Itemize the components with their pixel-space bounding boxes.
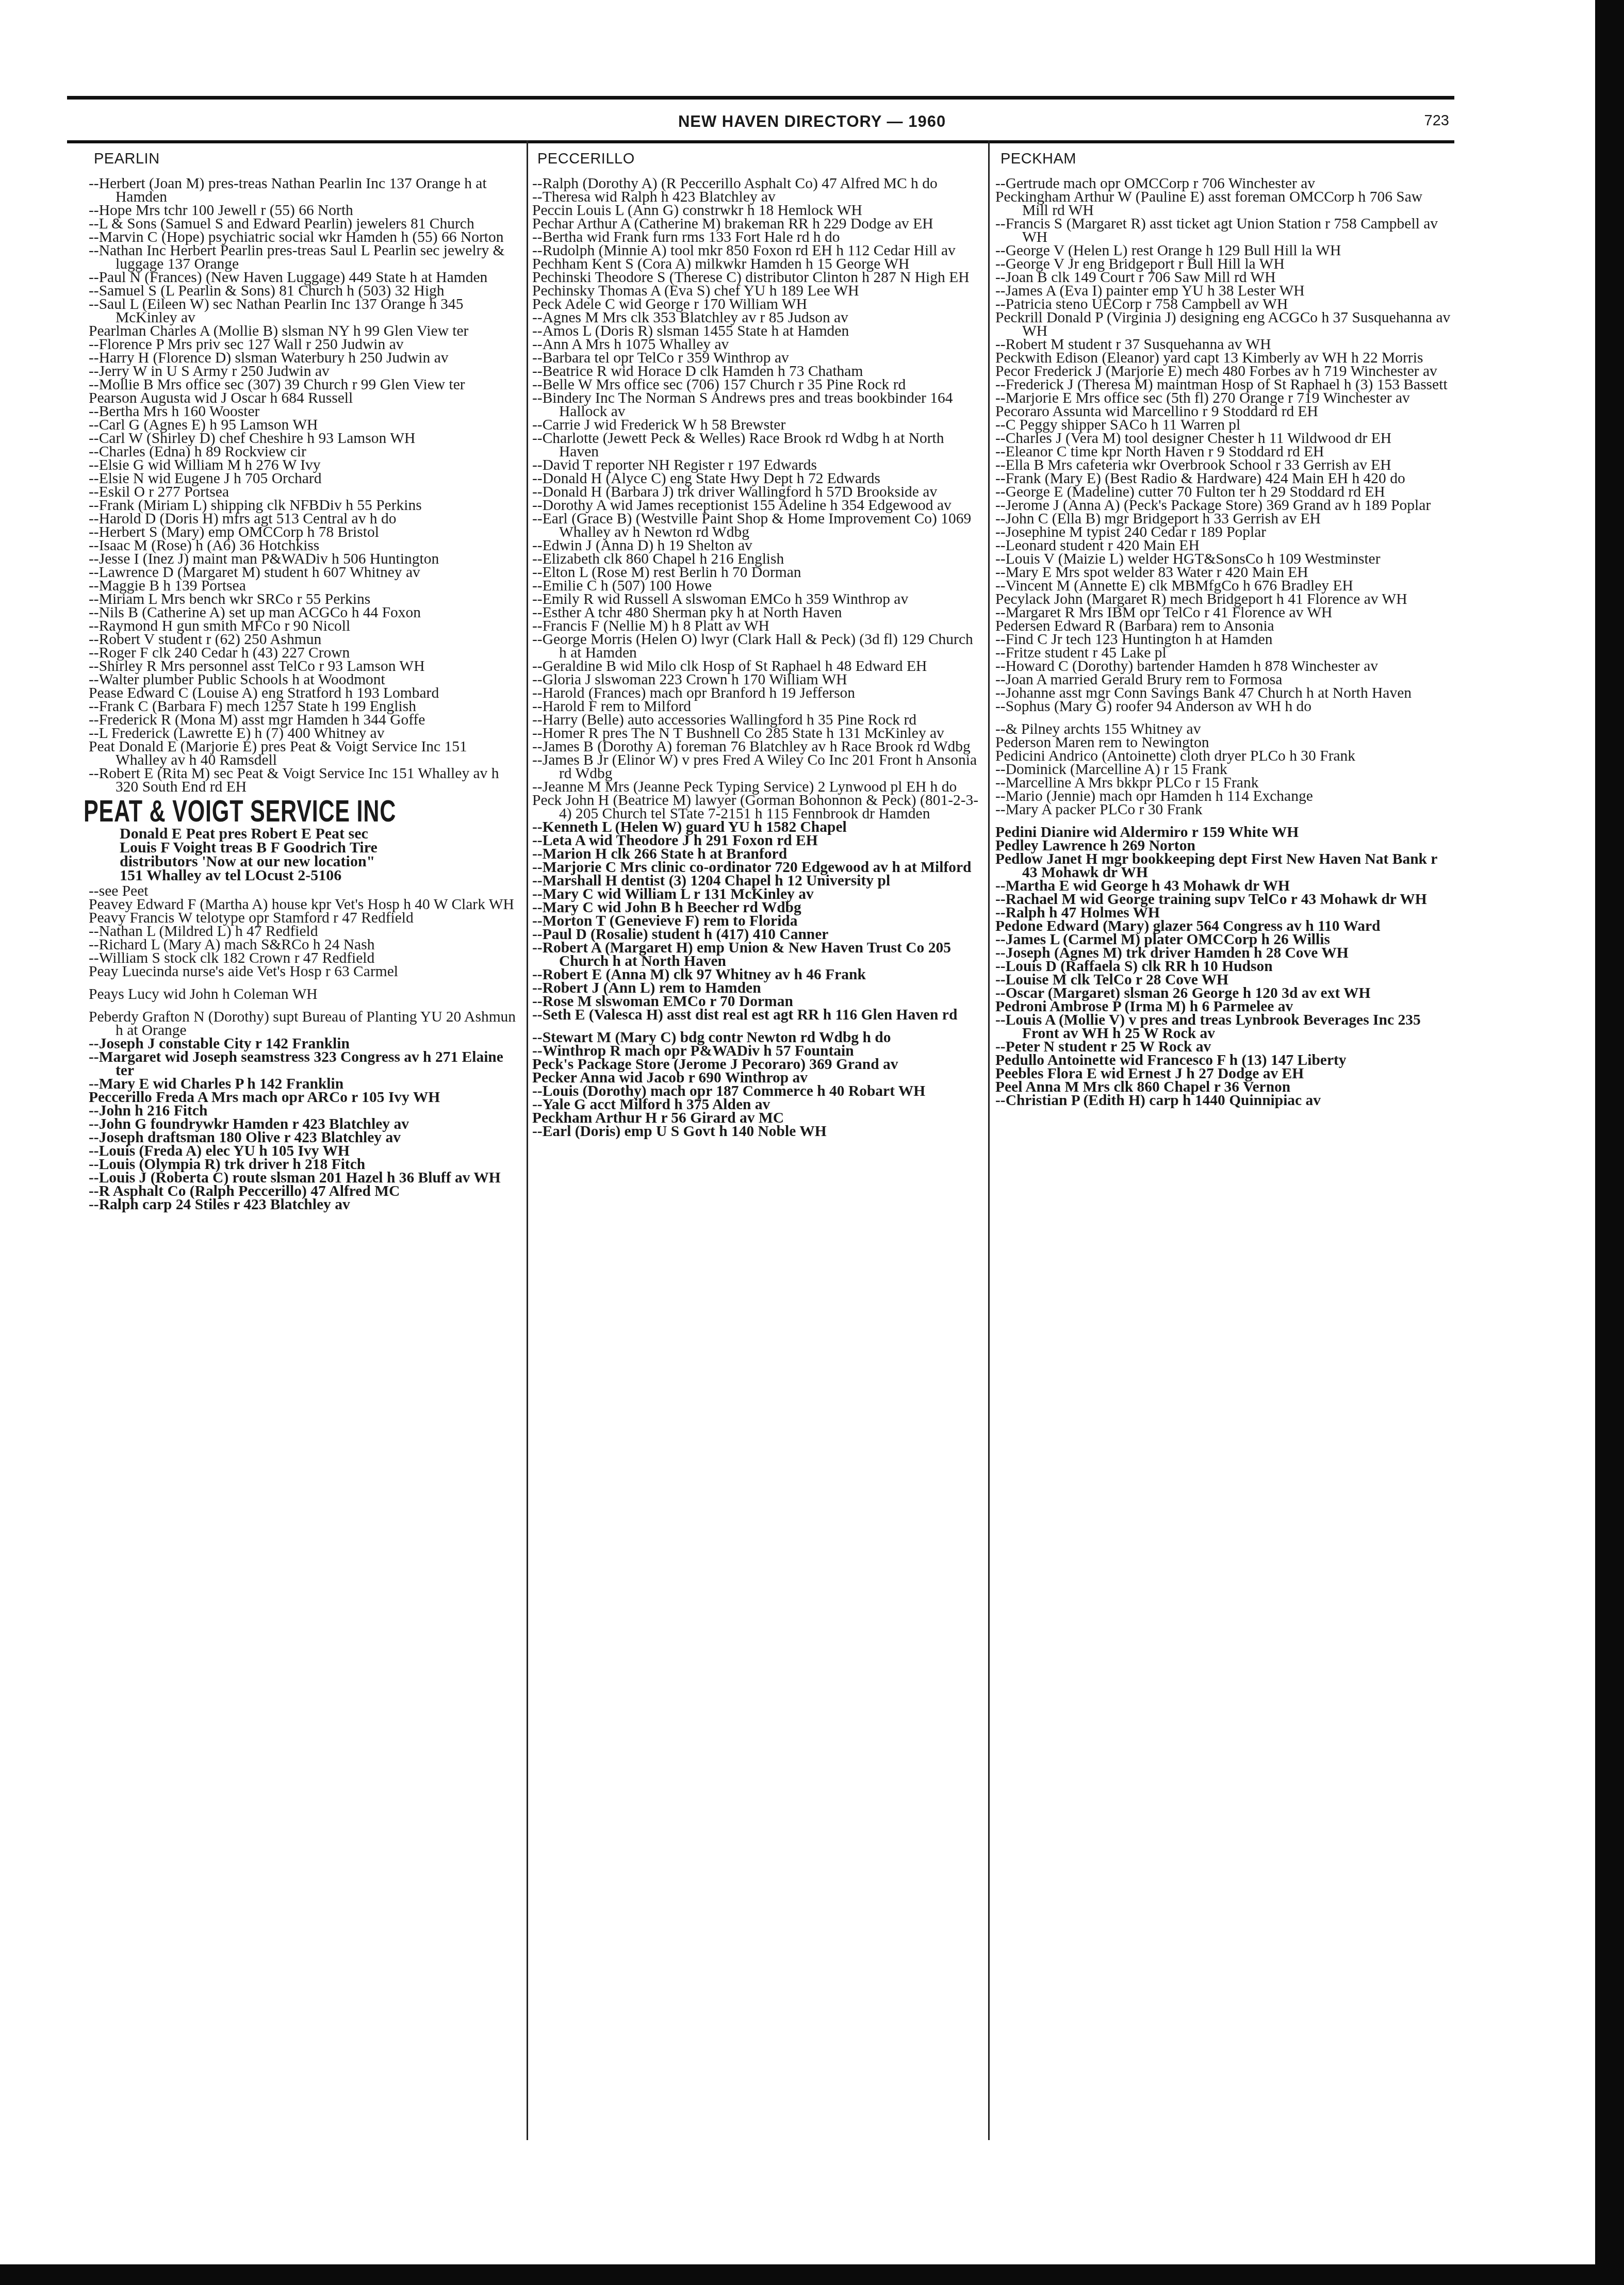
directory-entry: --Christian P (Edith H) carp h 1440 Quin… xyxy=(995,1094,1452,1107)
directory-entry: Peay Luecinda nurse's aide Vet's Hosp r … xyxy=(89,965,522,978)
column-divider xyxy=(527,140,528,2140)
directory-entry: --Herbert (Joan M) pres-treas Nathan Pea… xyxy=(89,177,522,204)
directory-entry: --Saul L (Eileen W) sec Nathan Pearlin I… xyxy=(89,298,522,324)
directory-entry: Peck John H (Beatrice M) lawyer (Gorman … xyxy=(532,794,983,820)
directory-column-2: PECCERILLO --Ralph (Dorothy A) (R Peccer… xyxy=(532,151,983,1138)
column-guide-word: PECCERILLO xyxy=(537,151,983,168)
entry-list: --Gertrude mach opr OMCCorp r 706 Winche… xyxy=(995,177,1452,1107)
directory-entry: --George Morris (Helen O) lwyr (Clark Ha… xyxy=(532,633,983,660)
directory-entry: --Ralph carp 24 Stiles r 423 Blatchley a… xyxy=(89,1198,522,1211)
column-guide-word: PEARLIN xyxy=(94,151,522,168)
directory-entry: Peberdy Grafton N (Dorothy) supt Bureau … xyxy=(89,1010,522,1037)
header-rule-top xyxy=(67,96,1454,100)
directory-entry: Peat Donald E (Marjorie E) pres Peat & V… xyxy=(89,740,522,767)
advertisement-line: Louis F Voight treas B F Goodrich Tire xyxy=(84,841,522,854)
advertisement-line: distributors 'Now at our new location" xyxy=(84,854,522,868)
entry-list: --Ralph (Dorothy A) (R Peccerillo Asphal… xyxy=(532,177,983,1138)
directory-entry: --Robert A (Margaret H) emp Union & New … xyxy=(532,941,983,968)
directory-entry: --Mary A packer PLCo r 30 Frank xyxy=(995,803,1452,816)
directory-entry: --Earl (Doris) emp U S Govt h 140 Noble … xyxy=(532,1125,983,1138)
advertisement-line: Donald E Peat pres Robert E Peat sec xyxy=(84,827,522,841)
directory-entry: --Seth E (Valesca H) asst dist real est … xyxy=(532,1008,983,1022)
directory-entry: --Francis S (Margaret R) asst ticket agt… xyxy=(995,217,1452,244)
directory-entry: --Robert E (Rita M) sec Peat & Voigt Ser… xyxy=(89,767,522,794)
column-guide-word: PECKHAM xyxy=(1000,151,1452,168)
directory-entry: --Margaret wid Joseph seamstress 323 Con… xyxy=(89,1050,522,1077)
page-number: 723 xyxy=(1392,112,1449,129)
directory-entry: --Charlotte (Jewett Peck & Welles) Race … xyxy=(532,432,983,458)
directory-entry: --James B Jr (Elinor W) v pres Fred A Wi… xyxy=(532,753,983,780)
page-title: NEW HAVEN DIRECTORY — 1960 xyxy=(0,112,1624,131)
directory-entry: Peckrill Donald P (Virginia J) designing… xyxy=(995,311,1452,338)
directory-entry: --Nathan Inc Herbert Pearlin pres-treas … xyxy=(89,244,522,271)
directory-entry: --Louis A (Mollie V) v pres and treas Ly… xyxy=(995,1013,1452,1040)
column-divider xyxy=(988,140,990,2140)
directory-entry: --Earl (Grace B) (Westville Paint Shop &… xyxy=(532,512,983,539)
entry-list: --see PeetPeavey Edward F (Martha A) hou… xyxy=(89,884,522,1211)
directory-entry: Pedlow Janet H mgr bookkeeping dept Firs… xyxy=(995,852,1452,879)
directory-entry: Peays Lucy wid John h Coleman WH xyxy=(89,988,522,1001)
directory-entry: --Sophus (Mary G) roofer 94 Anderson av … xyxy=(995,700,1452,713)
advertisement-block: PEAT & VOIGT SERVICE INC Donald E Peat p… xyxy=(84,796,522,882)
scan-edge-bottom xyxy=(0,2264,1624,2285)
header-rule-bottom xyxy=(67,140,1454,143)
scan-edge-right xyxy=(1595,0,1624,2285)
advertisement-line: 151 Whalley av tel LOcust 2-5106 xyxy=(84,868,522,882)
entry-list: --Herbert (Joan M) pres-treas Nathan Pea… xyxy=(89,177,522,794)
directory-entry: Peckingham Arthur W (Pauline E) asst for… xyxy=(995,190,1452,217)
directory-column-1: PEARLIN --Herbert (Joan M) pres-treas Na… xyxy=(89,151,522,1211)
directory-column-3: PECKHAM --Gertrude mach opr OMCCorp r 70… xyxy=(995,151,1452,1107)
directory-entry: --Bindery Inc The Norman S Andrews pres … xyxy=(532,391,983,418)
advertisement-title: PEAT & VOIGT SERVICE INC xyxy=(84,796,399,827)
